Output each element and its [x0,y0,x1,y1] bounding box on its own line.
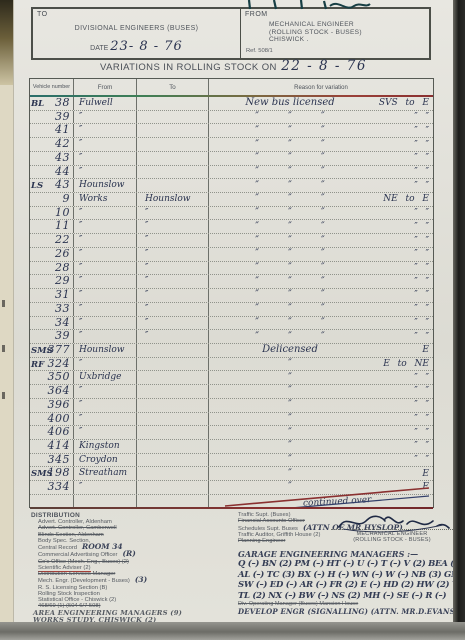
status-code: ″ ″ [371,222,433,232]
table-body: BL38 Fulwell New bus licensed SVS to E 3… [30,97,433,507]
to-cell [137,413,209,426]
scan-left-shadow [0,0,13,85]
to-cell: ″ [137,275,209,288]
from-cell: Kingston [74,440,137,453]
reason-text: ″ [209,440,371,452]
vehicle-number: 41 [55,123,70,136]
status-code: ″ ″ [371,386,433,396]
scanned-document: TO DIVISIONAL ENGINEERS (BUSES) DATE 23-… [0,0,465,640]
status-code: E [371,345,433,355]
date-line: DATE 23- 8 - 76 [33,39,240,54]
gem-code-rows: Q (–) BN (2) PM (–) HT (–) U (–) T (–) V… [238,559,453,601]
from-cell: ″ [74,248,137,261]
vehicle-number: 33 [55,302,70,315]
reason-text: ″ [209,372,371,384]
table-row: 41 ″ ″ ″ ″ ″ ″ [30,124,433,138]
reason-text: ″ ″ ″ [209,166,371,178]
reason-text: ″ ″ ″ [209,303,371,315]
table-row: SMS377 Hounslow Delicensed E [30,344,433,358]
reason-text: Delicensed [209,344,371,356]
table-row: 28 ″ ″ ″ ″ ″ ″ ″ [30,262,433,276]
status-code: SVS to E [371,98,433,108]
vehicle-number: 31 [55,288,70,301]
reason-text: ″ ″ ″ [209,331,371,343]
to-cell [137,152,209,165]
reason-text: ″ ″ ″ [209,276,371,288]
garage-engineering-managers-block: GARAGE ENGINEERING MANAGERS :— Q (–) BN … [238,549,453,601]
from-cell: ″ [74,111,137,124]
status-code: ″ ″ [371,126,433,136]
column-header-vehicle: Vehicle number [30,79,74,96]
vehicle-number: 324 [48,357,71,370]
reason-text: ″ ″ ″ [209,125,371,137]
reason-cell: ″ ″ ″ ″ ″ [209,179,433,192]
vehicle-number-cell: 350 [30,371,74,384]
from-cell: Croydon [74,454,137,467]
reason-cell: Delicensed E [209,344,433,357]
reason-cell: New bus licensed SVS to E [209,97,433,110]
date-handwritten: 23- 8 - 76 [110,39,183,54]
status-code: E [371,469,433,479]
vehicle-number-cell: SMS198 [30,467,74,480]
vehicle-number: 11 [55,219,70,232]
date-label: DATE [90,45,108,52]
vehicle-prefix: BL [31,98,44,110]
from-cell: ″ [74,234,137,247]
signature-block: MECHANICAL ENGINEER (ROLLING STOCK - BUS… [331,509,453,544]
vehicle-number: 29 [55,274,70,287]
to-cell: ″ [137,303,209,316]
status-code: ″ ″ [371,318,433,328]
reason-cell: ″ ″ ″ [209,413,433,426]
from-cell: ″ [74,330,137,343]
scan-mark [2,345,5,352]
vehicle-prefix: LS [31,180,43,192]
vehicle-number: 400 [48,412,71,425]
vehicle-number-cell: LS43 [30,179,74,192]
to-label: TO [37,11,48,18]
gem-heading: GARAGE ENGINEERING MANAGERS :— [238,549,453,559]
title-date-handwritten: 22 - 8 - 76 [281,58,367,74]
distribution-list: Advert. Controller, AldenhamAdvert. Cont… [31,519,237,624]
distribution-block: DISTRIBUTION Advert. Controller, Aldenha… [31,512,237,624]
to-cell [137,111,209,124]
vehicle-number: 364 [48,384,71,397]
from-cell: ″ [74,317,137,330]
reason-cell: ″ ″ ″ ″ ″ [209,248,433,261]
reason-cell: ″ ″ ″ [209,454,433,467]
vehicle-number-cell: 39 [30,111,74,124]
to-cell [137,467,209,480]
reason-cell: ″ E [209,467,433,480]
reason-cell: ″ ″ ″ [209,440,433,453]
vehicle-number-cell: 34 [30,317,74,330]
table-row: 43 ″ ″ ″ ″ ″ ″ [30,152,433,166]
reason-text: ″ [209,468,371,480]
vehicle-number: 42 [55,137,70,150]
to-cell [137,454,209,467]
from-cell: ″ [74,275,137,288]
reason-cell: ″ ″ ″ ″ ″ [209,330,433,343]
table-row: 396 ″ ″ ″ ″ [30,399,433,413]
reason-cell: ″ ″ ″ ″ ″ [209,289,433,302]
vehicle-number-cell: 33 [30,303,74,316]
status-code: ″ ″ [371,455,433,465]
scan-mark [2,392,5,399]
table-row: 34 ″ ″ ″ ″ ″ ″ ″ [30,317,433,331]
table-row: 406 ″ ″ ″ ″ [30,426,433,440]
vehicle-number-cell: 39 [30,330,74,343]
status-code: NE to E [371,194,433,204]
from-cell: Fulwell [74,97,137,110]
reason-text: ″ ″ ″ [209,180,371,192]
from-cell: Hounslow [74,344,137,357]
vehicle-number: 345 [48,453,71,466]
vehicle-number: 9 [63,192,71,205]
from-cell: Uxbridge [74,371,137,384]
from-address: MECHANICAL ENGINEER (ROLLING STOCK - BUS… [269,21,362,44]
to-cell [137,481,209,494]
from-cell: ″ [74,220,137,233]
table-row: 11 ″ ″ ″ ″ ″ ″ ″ [30,220,433,234]
reason-cell: ″ E to NE [209,358,433,371]
from-cell: ″ [74,124,137,137]
from-label: FROM [245,11,268,18]
vehicle-number-cell: 26 [30,248,74,261]
vehicle-number-cell: 9 [30,193,74,206]
document-title: VARIATIONS IN ROLLING STOCK ON 22 - 8 - … [14,57,453,75]
to-cell: ″ [137,262,209,275]
to-value: DIVISIONAL ENGINEERS (BUSES) [33,25,240,32]
handwritten-annotation: (3) [135,575,147,584]
column-header-reason: Reason for variation [209,79,433,96]
table-row: 29 ″ ″ ″ ″ ″ ″ ″ [30,275,433,289]
header-from-box: FROM MECHANICAL ENGINEER (ROLLING STOCK … [241,9,429,58]
footer-bottom-lines: Div. Operating Manager (Buses) Mansion H… [238,601,465,616]
vehicle-number-cell: 400 [30,413,74,426]
vehicle-number: 34 [55,316,70,329]
table-row: 22 ″ ″ ″ ″ ″ ″ ″ [30,234,433,248]
vehicle-number: 334 [48,480,71,493]
reason-text: New bus licensed [209,97,371,109]
to-cell [137,124,209,137]
table-row: 31 ″ ″ ″ ″ ″ ″ ″ [30,289,433,303]
table-header-row: Vehicle number From To Reason for variat… [30,79,433,96]
reason-text: ″ ″ ″ [209,317,371,329]
vehicle-number-cell: 345 [30,454,74,467]
to-cell: ″ [137,234,209,247]
table-row: 42 ″ ″ ″ ″ ″ ″ [30,138,433,152]
reason-cell: ″ ″ ″ ″ ″ [209,275,433,288]
reason-text: ″ [209,427,371,439]
reason-text: ″ ″ ″ [209,262,371,274]
handwritten-annotation: ROOM 34 [82,542,123,551]
vehicle-number: 26 [55,247,70,260]
vehicle-number: 44 [55,165,70,178]
distribution-item: Mech. Engr. (Development - Buses)(3) [31,577,237,584]
signature-caption-line-2: (ROLLING STOCK - BUSES) [331,537,453,543]
column-header-from: From [74,79,137,96]
reason-cell: ″ ″ ″ ″ ″ [209,166,433,179]
page: TO DIVISIONAL ENGINEERS (BUSES) DATE 23-… [13,0,453,622]
vehicle-number-cell: 334 [30,481,74,494]
status-code: ″ ″ [371,181,433,191]
reason-cell: ″ ″ ″ [209,426,433,439]
reason-text: ″ ″ ″ [209,221,371,233]
vehicle-number: 39 [55,329,70,342]
develop-engineer-note: DEVELOP ENGR (SIGNALLING) (ATTN. MR.D.EV… [238,607,465,616]
reason-text: ″ ″ ″ [209,248,371,260]
from-cell: ″ [74,426,137,439]
reason-cell: ″ ″ ″ ″ ″ [209,303,433,316]
from-cell: ″ [74,207,137,220]
status-code: ″ ″ [371,112,433,122]
vehicle-number-cell: 11 [30,220,74,233]
vehicle-number: 396 [48,398,71,411]
reason-text: ″ ″ ″ [209,111,371,123]
scan-left-edge [0,0,13,640]
reason-cell: ″ ″ ″ ″ ″ [209,207,433,220]
vehicle-number: 43 [55,151,70,164]
reason-cell: ″ ″ ″ ″ ″ [209,220,433,233]
reason-text: ″ [209,413,371,425]
reason-cell: ″ ″ ″ ″ ″ [209,317,433,330]
table-row: LS43 Hounslow ″ ″ ″ ″ ″ [30,179,433,193]
status-code: ″ ″ [371,208,433,218]
table-row: 364 ″ ″ ″ ″ [30,385,433,399]
scan-mark [2,300,5,307]
to-cell: Hounslow [137,193,209,206]
status-code: ″ ″ [371,140,433,150]
from-cell: ″ [74,166,137,179]
reason-cell: ″ ″ ″ ″ ″ [209,152,433,165]
status-code: ″ ″ [371,167,433,177]
table-row: 39 ″ ″ ″ ″ ″ ″ ″ [30,330,433,344]
from-cell: ″ [74,303,137,316]
variations-table: Vehicle number From To Reason for variat… [29,78,434,508]
reason-cell: ″ ″ ″ ″ ″ [209,124,433,137]
reason-text: ″ [209,385,371,397]
status-code: ″ ″ [371,441,433,451]
from-line-2: (ROLLING STOCK - BUSES) [269,29,362,37]
vehicle-number: 39 [55,110,70,123]
to-cell [137,344,209,357]
to-cell: ″ [137,317,209,330]
to-cell: ″ [137,330,209,343]
to-cell [137,385,209,398]
reason-text: ″ [209,399,371,411]
from-cell: ″ [74,152,137,165]
distribution-item: Commercial Advertising Officer(R) [31,551,237,558]
reason-text: ″ ″ ″ [209,152,371,164]
vehicle-number-cell: 22 [30,234,74,247]
reason-cell: ″ ″ ″ [209,371,433,384]
vehicle-prefix: SMS [31,468,53,480]
vehicle-number-cell: SMS377 [30,344,74,357]
reason-text: ″ ″ ″ [209,193,371,205]
from-cell: Works [74,193,137,206]
reason-cell: ″ ″ ″ ″ ″ [209,262,433,275]
scan-bottom-edge [0,622,465,640]
vehicle-number-cell: 42 [30,138,74,151]
reason-cell: ″ ″ ″ ″ ″ [209,138,433,151]
vehicle-number: 350 [48,370,71,383]
vehicle-number-cell: 41 [30,124,74,137]
from-cell: ″ [74,481,137,494]
to-cell [137,358,209,371]
header-to-box: TO DIVISIONAL ENGINEERS (BUSES) DATE 23-… [33,9,241,58]
gem-code-row: SW (–) ED (–) AR (–) FR (2) E (–) HD (2)… [238,580,453,591]
status-code: ″ ″ [371,236,433,246]
vehicle-number-cell: 414 [30,440,74,453]
to-cell: ″ [137,220,209,233]
vehicle-number-cell: RF324 [30,358,74,371]
from-cell: Hounslow [74,179,137,192]
status-code: ″ ″ [371,153,433,163]
vehicle-number-cell: 10 [30,207,74,220]
vehicle-number: 406 [48,425,71,438]
table-row: 414 Kingston ″ ″ ″ [30,440,433,454]
reason-cell: ″ ″ ″ [209,399,433,412]
table-row: SMS198 Streatham ″ E [30,467,433,481]
status-code: ″ ″ [371,373,433,383]
reason-text: ″ ″ ″ [209,207,371,219]
from-cell: ″ [74,399,137,412]
table-row: 400 ″ ″ ″ ″ [30,413,433,427]
table-row: BL38 Fulwell New bus licensed SVS to E [30,97,433,111]
status-code: ″ ″ [371,400,433,410]
status-code: ″ ″ [371,277,433,287]
from-cell: ″ [74,385,137,398]
vehicle-number-cell: 396 [30,399,74,412]
to-cell [137,399,209,412]
top-pen-scribble [242,0,372,10]
vehicle-number: 10 [55,206,70,219]
vehicle-number-cell: 31 [30,289,74,302]
table-row: 350 Uxbridge ″ ″ ″ [30,371,433,385]
reason-cell: ″ ″ ″ ″ ″ [209,111,433,124]
table-row: 44 ″ ″ ″ ″ ″ ″ [30,166,433,180]
table-row: 33 ″ ″ ″ ″ ″ ″ ″ [30,303,433,317]
status-code: ″ ″ [371,304,433,314]
column-header-to: To [137,79,209,96]
to-cell: ″ [137,248,209,261]
vehicle-number-cell: 29 [30,275,74,288]
table-row: RF324 ″ ″ E to NE [30,358,433,372]
header-box: TO DIVISIONAL ENGINEERS (BUSES) DATE 23-… [31,7,431,60]
gem-code-row: Q (–) BN (2) PM (–) HT (–) U (–) T (–) V… [238,559,453,570]
vehicle-prefix: SMS [31,345,53,357]
vehicle-number: 38 [55,96,70,109]
table-row: 39 ″ ″ ″ ″ ″ ″ [30,111,433,125]
reason-text: ″ [209,358,371,370]
to-cell [137,97,209,110]
reason-cell: ″ ″ ″ [209,385,433,398]
vehicle-number: 414 [48,439,71,452]
from-cell: ″ [74,262,137,275]
to-cell [137,440,209,453]
reference-number: Ref. 508/1 [246,48,273,54]
vehicle-number-cell: 364 [30,385,74,398]
vehicle-number-cell: 28 [30,262,74,275]
from-cell: ″ [74,358,137,371]
gem-code-row: TL (2) NX (–) BW (–) NS (2) MH (–) SE (–… [238,591,453,602]
vehicle-prefix: RF [31,359,44,371]
vehicle-number-cell: 43 [30,152,74,165]
vehicle-number-cell: 44 [30,166,74,179]
pen-diagonal-lines [221,485,433,509]
status-code: ″ ″ [371,290,433,300]
status-code: ″ ″ [371,249,433,259]
status-code: ″ ″ [371,428,433,438]
vehicle-number-cell: BL38 [30,97,74,110]
reason-text: ″ ″ ″ [209,289,371,301]
from-line-3: CHISWICK . [269,36,362,44]
reason-cell: ″ ″ ″ NE to E [209,193,433,206]
status-code: E to NE [371,359,433,369]
to-cell [137,371,209,384]
reason-text: ″ ″ ″ [209,235,371,247]
table-row: 345 Croydon ″ ″ ″ [30,454,433,468]
vehicle-number: 22 [55,233,70,246]
to-cell [137,179,209,192]
title-printed: VARIATIONS IN ROLLING STOCK ON [100,62,277,73]
from-cell: ″ [74,289,137,302]
to-cell [137,166,209,179]
from-cell: Streatham [74,467,137,480]
status-code: ″ ″ [371,263,433,273]
from-cell: ″ [74,138,137,151]
table-row: 10 ″ ″ ″ ″ ″ ″ ″ [30,207,433,221]
to-cell: ″ [137,207,209,220]
vehicle-number: 43 [55,178,70,191]
to-cell: ″ [137,289,209,302]
table-row: 26 ″ ″ ″ ″ ″ ″ ″ [30,248,433,262]
status-code: ″ ″ [371,332,433,342]
signature-caption: MECHANICAL ENGINEER (ROLLING STOCK - BUS… [331,529,453,544]
handwritten-annotation: (R) [122,549,135,558]
distribution-heading: DISTRIBUTION [31,512,237,519]
vehicle-number: 28 [55,261,70,274]
reason-text: ″ [209,454,371,466]
gem-code-row: AL (–) TC (3) BX (–) H (–) WN (–) W (–) … [238,570,453,581]
vehicle-number-cell: 406 [30,426,74,439]
from-line-1: MECHANICAL ENGINEER [269,21,362,29]
to-cell [137,138,209,151]
status-code: ″ ″ [371,414,433,424]
reason-text: ″ ″ ″ [209,139,371,151]
table-row: 9 Works Hounslow ″ ″ ″ NE to E [30,193,433,207]
to-cell [137,426,209,439]
reason-cell: ″ ″ ″ ″ ″ [209,234,433,247]
scan-right-edge [453,0,465,640]
from-cell: ″ [74,413,137,426]
